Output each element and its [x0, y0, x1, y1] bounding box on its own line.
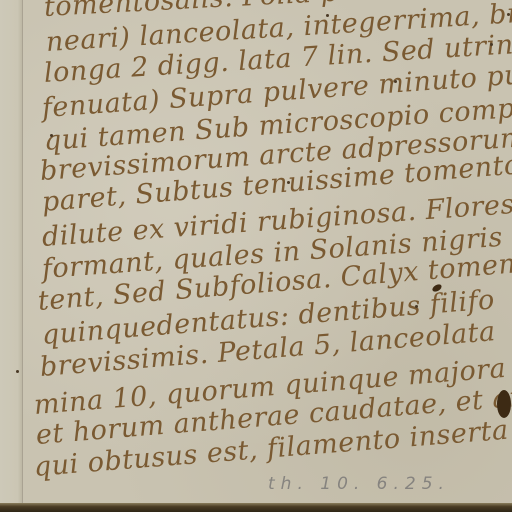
paper-speck — [50, 134, 53, 137]
paper-speck — [507, 13, 510, 16]
paper-speck — [394, 80, 397, 83]
manuscript-viewport: tomentosalis. Folia p neari) lanceolata,… — [0, 0, 512, 512]
paper-speck — [326, 14, 329, 17]
paper-speck — [16, 370, 19, 373]
pencil-archive-annotation: th. 10. 6.25. — [268, 474, 450, 494]
paper-speck — [490, 43, 493, 46]
page-left-margin — [0, 0, 22, 512]
page-bottom-edge — [0, 503, 512, 512]
ink-blot — [497, 390, 511, 418]
paper-speck — [287, 181, 290, 184]
paper-speck — [415, 305, 418, 308]
